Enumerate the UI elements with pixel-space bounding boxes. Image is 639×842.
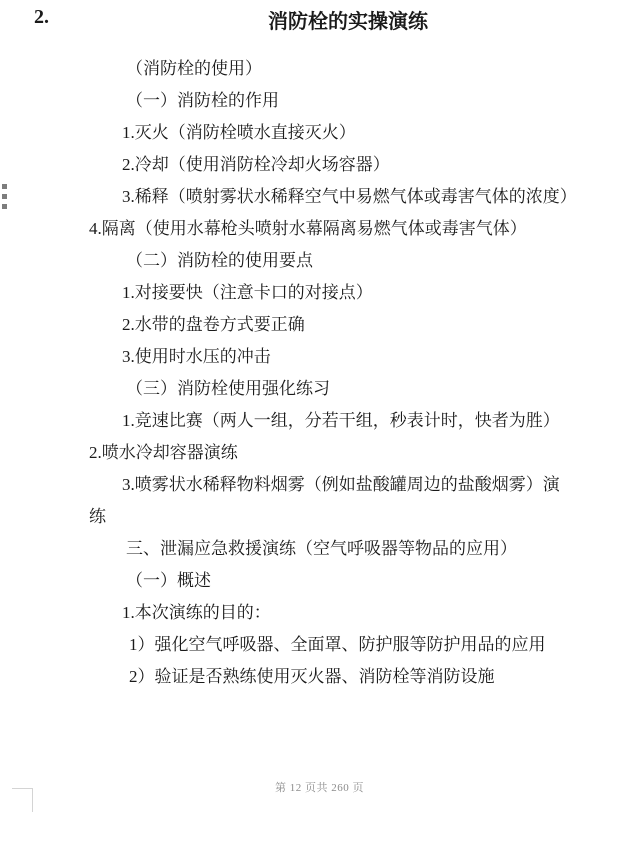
handle-dot — [2, 184, 7, 189]
document-line: （一）概述 — [0, 565, 639, 597]
document-line: 2.冷却（使用消防栓冷却火场容器） — [0, 149, 639, 181]
document-line: 3.使用时水压的冲击 — [0, 341, 639, 373]
document-line: 1.竞速比赛（两人一组，分若干组，秒表计时，快者为胜） — [0, 405, 639, 437]
document-line: 1）强化空气呼吸器、全面罩、防护服等防护用品的应用 — [0, 629, 639, 661]
vertical-dots-handle-icon[interactable] — [2, 184, 7, 214]
page-number-text: 第 12 页共 260 页 — [275, 782, 364, 794]
handle-dot — [2, 204, 7, 209]
document-line: 3.喷雾状水稀释物料烟雾（例如盐酸罐周边的盐酸烟雾）演 — [0, 469, 639, 501]
document-line: 3.稀释（喷射雾状水稀释空气中易燃气体或毒害气体的浓度） — [0, 181, 639, 213]
document-line: （消防栓的使用） — [0, 53, 639, 85]
page-title: 消防栓的实操演练 — [268, 5, 428, 34]
document-line: 2）验证是否熟练使用灭火器、消防栓等消防设施 — [0, 661, 639, 693]
document-body: （消防栓的使用） （一）消防栓的作用 1.灭火（消防栓喷水直接灭火） 2.冷却（… — [0, 53, 639, 693]
heading-number: 2. — [34, 6, 49, 29]
document-line: 4.隔离（使用水幕枪头喷射水幕隔离易燃气体或毒害气体） — [0, 213, 639, 245]
document-line: 2.水带的盘卷方式要正确 — [0, 309, 639, 341]
handle-dot — [2, 194, 7, 199]
document-line: 2.喷水冷却容器演练 — [0, 437, 639, 469]
document-line: （二）消防栓的使用要点 — [0, 245, 639, 277]
document-line: （一）消防栓的作用 — [0, 85, 639, 117]
document-page: 2. 消防栓的实操演练 （消防栓的使用） （一）消防栓的作用 1.灭火（消防栓喷… — [0, 0, 639, 842]
document-line: 三、泄漏应急救援演练（空气呼吸器等物品的应用） — [0, 533, 639, 565]
document-line: 1.本次演练的目的： — [0, 597, 639, 629]
document-line: 1.对接要快（注意卡口的对接点） — [0, 277, 639, 309]
document-line: （三）消防栓使用强化练习 — [0, 373, 639, 405]
document-line: 练 — [0, 501, 639, 533]
page-footer: 第 12 页共 260 页 — [0, 779, 639, 795]
document-line: 1.灭火（消防栓喷水直接灭火） — [0, 117, 639, 149]
